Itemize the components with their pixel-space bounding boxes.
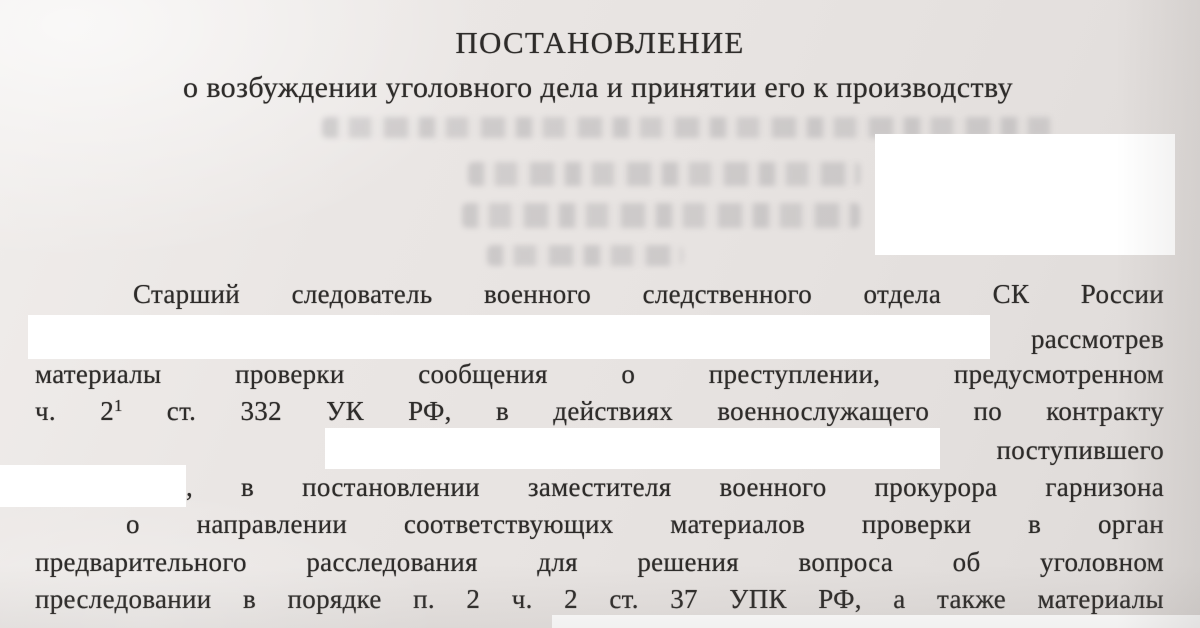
body-line-10-partial: проверки	[50, 619, 270, 628]
redaction-box	[28, 315, 990, 359]
body-line-3: материалы проверки сообщения о преступле…	[35, 357, 1164, 391]
line4-superscript: 1	[114, 396, 123, 415]
blurred-text-line	[462, 203, 860, 228]
body-line-7: о направлении соответствующих материалов…	[126, 507, 1164, 541]
document-subtitle: о возбуждении уголовного дела и принятии…	[0, 71, 1196, 105]
body-line-1: Старший следователь военного следственно…	[133, 277, 1164, 311]
document-title: ПОСТАНОВЛЕНИЕ	[0, 26, 1200, 60]
redaction-box	[552, 615, 1200, 628]
body-line-9: преследовании в порядке п. 2 ч. 2 ст. 37…	[35, 582, 1164, 616]
body-line-8: предварительного расследования для решен…	[35, 545, 1164, 579]
redaction-box	[0, 465, 186, 507]
line4-text-cont: ст. 332 УК РФ, в действиях военнослужаще…	[167, 396, 1164, 426]
blurred-text-line	[487, 245, 683, 266]
line4-text: ч. 2	[35, 396, 114, 426]
body-line-6: , в постановлении заместителя военного п…	[186, 470, 1164, 504]
redaction-box	[875, 134, 1175, 255]
blurred-text-line	[468, 162, 860, 186]
redaction-box	[325, 428, 940, 469]
body-line-4: ч. 21 ст. 332 УК РФ, в действиях военнос…	[35, 394, 1164, 428]
scanned-document-page: ПОСТАНОВЛЕНИЕ о возбуждении уголовного д…	[0, 0, 1200, 628]
